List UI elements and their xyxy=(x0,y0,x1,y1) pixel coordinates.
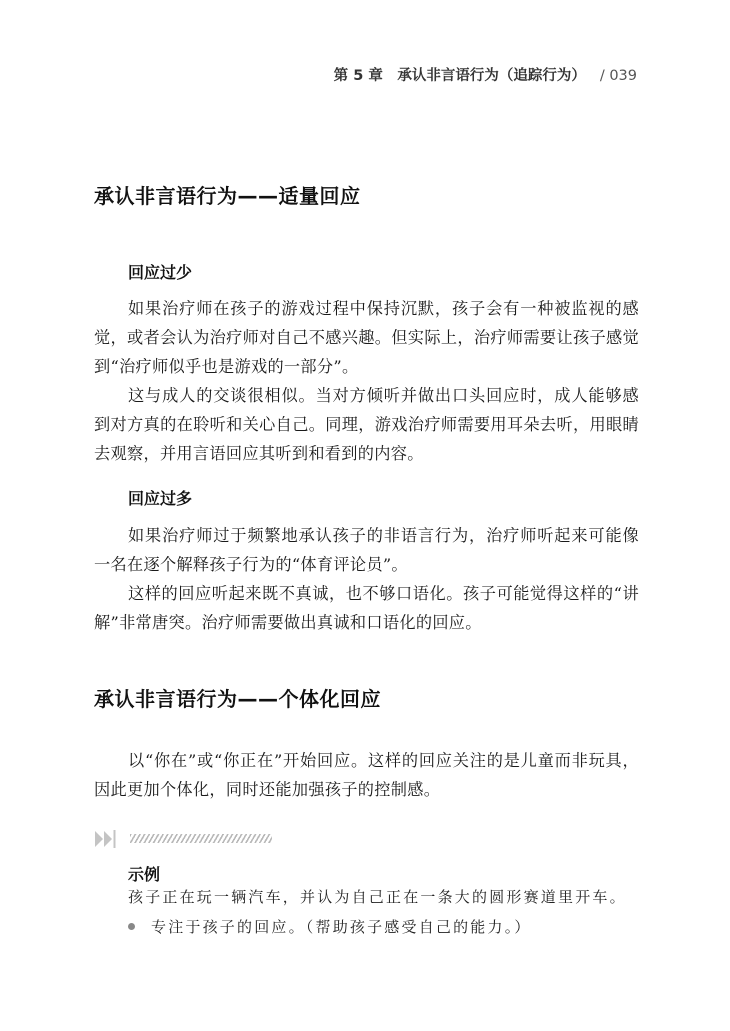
paragraph: 如果治疗师在孩子的游戏过程中保持沉默，孩子会有一种被监视的感觉，或者会认为治疗师… xyxy=(94,294,639,381)
bullet-icon xyxy=(128,923,135,930)
paragraph: 这样的回应听起来既不真诚，也不够口语化。孩子可能觉得这样的“讲解”非常唐突。治疗… xyxy=(94,579,639,637)
subheading-too-little: 回应过少 xyxy=(128,260,192,283)
hatched-divider xyxy=(130,834,272,843)
chapter-title: 第 5 章 承认非言语行为（追踪行为） xyxy=(334,68,586,84)
fast-forward-icon xyxy=(94,828,118,850)
page-number: / 039 xyxy=(600,68,637,84)
subheading-too-much: 回应过多 xyxy=(128,486,192,509)
example-scenario: 孩子正在玩一辆汽车，并认为自己正在一条大的圆形赛道里开车。 xyxy=(128,886,627,907)
section-heading-moderate-response: 承认非言语行为——适量回应 xyxy=(94,180,361,209)
paragraph: 以“你在”或“你正在”开始回应。这样的回应关注的是儿童而非玩具，因此更加个体化，… xyxy=(94,746,639,804)
section-heading-individualized-response: 承认非言语行为——个体化回应 xyxy=(94,683,381,712)
example-title: 示例 xyxy=(128,862,160,885)
running-head: 第 5 章 承认非言语行为（追踪行为）/ 039 xyxy=(334,64,637,85)
example-bullet: 专注于孩子的回应。（帮助孩子感受自己的能力。） xyxy=(128,916,532,937)
paragraph: 如果治疗师过于频繁地承认孩子的非语言行为，治疗师听起来可能像一名在逐个解释孩子行… xyxy=(94,521,639,579)
paragraph: 这与成人的交谈很相似。当对方倾听并做出口头回应时，成人能够感到对方真的在聆听和关… xyxy=(94,381,639,468)
bullet-text: 专注于孩子的回应。（帮助孩子感受自己的能力。） xyxy=(151,918,532,936)
